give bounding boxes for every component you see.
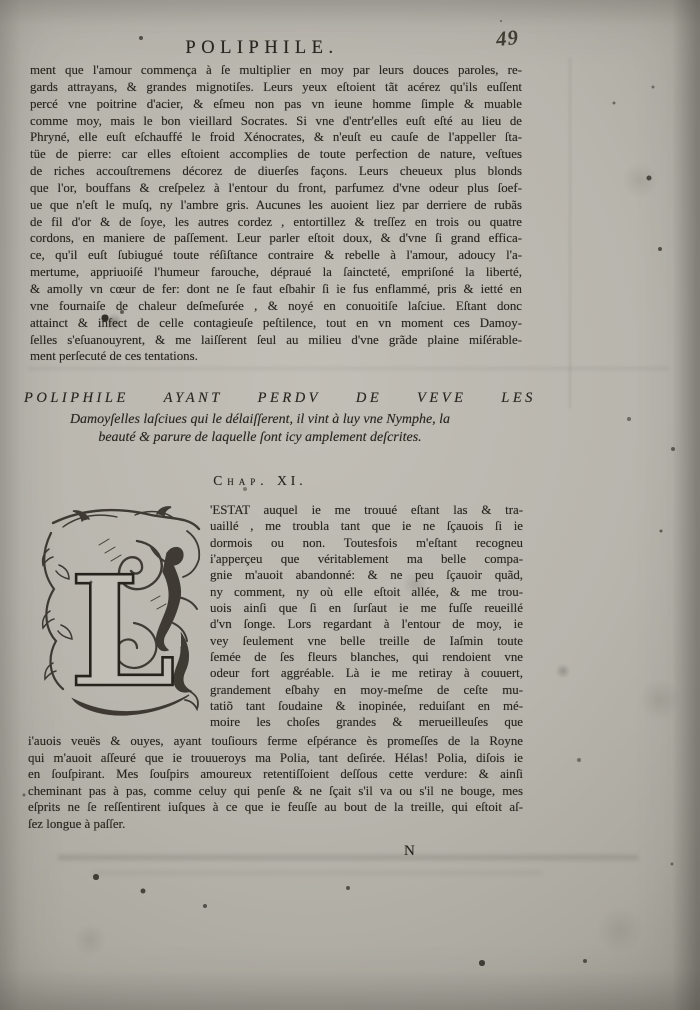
line: tatiõ tant ſoudaine & inopinée, reduiſan… <box>210 698 523 714</box>
caps-word: VEVE <box>417 390 466 407</box>
line: uaillé , me troubla tant que ie ne ſçauo… <box>210 518 523 534</box>
line: i'auois veuës & ouyes, ayant touſiours f… <box>28 733 523 750</box>
line: de fil d'or & de ſoye, les autres cordez… <box>30 214 522 231</box>
line: ue que n'eſt le muſq, ny l'ambre gris. A… <box>30 197 522 214</box>
line: qui m'auoit aſſeuré que ie trouueroys ma… <box>28 750 523 767</box>
line: Phryné, elle euſt eſchauffé le froid Xén… <box>30 129 522 146</box>
body-text-full-width: i'auois veuës & ouyes, ayant touſiours f… <box>28 733 523 833</box>
line: cordons, en maniere de paſſement. Leur p… <box>30 230 522 247</box>
line: ment que l'amour commença à ſe multiplie… <box>30 62 522 79</box>
line: dormois ou non. Toutesfois m'eſtant reco… <box>210 535 523 551</box>
line: odeur fort aggréable. Là ie me retiray à… <box>210 665 523 681</box>
chapter-heading-argument: Damoyſelles laſciues qui le délaiſſerent… <box>14 411 506 446</box>
line: ſemée de ſes fleurs blanches, qui rendoi… <box>210 649 523 665</box>
caps-word: AYANT <box>164 390 223 407</box>
ink-specks <box>0 0 2 2</box>
line: Damoyſelles laſciues qui le délaiſſerent… <box>14 411 506 429</box>
chapter-numeral: XI. <box>277 473 307 488</box>
line: gnie m'auoit abandonné: & ne peu ſçauoir… <box>210 567 523 583</box>
chapter-number-line: Chap. XI. <box>14 473 506 489</box>
line: ment perſecuté de ces tentations. <box>30 348 522 365</box>
line: vne fournaiſe de chaleur deſmeſurée , & … <box>30 298 522 315</box>
line: moire les choſes grandes & merueilleuſes… <box>210 714 523 730</box>
page-number: 49 <box>495 25 520 52</box>
line: ſelles s'eſuanouyrent, & me laiſſerent ſ… <box>30 332 522 349</box>
woodcut-initial-letter: L <box>39 505 206 718</box>
show-through-text-band <box>58 855 638 860</box>
paper-crease <box>569 58 571 408</box>
line: ce, qu'il euſt ſubiugué toute réſiſtance… <box>30 247 522 264</box>
line: percé vne poitrine d'acier, & eſmeu non … <box>30 96 522 113</box>
chapter-label: Chap. <box>213 473 268 488</box>
initial-letter-glyph: L <box>69 542 176 718</box>
line: tüe de pierre: car elles eſtoient accomp… <box>30 146 522 163</box>
line: uois ainſi que ſi en ſurſaut ie me fuſſe… <box>210 600 523 616</box>
line: grandement eſbahy en moy-meſme de ceſte … <box>210 682 523 698</box>
top-paragraph: ment que l'amour commença à ſe multiplie… <box>30 62 522 365</box>
line: que l'or, bouffans & creſpelez à l'entou… <box>30 180 522 197</box>
running-header: POLIPHILE. <box>16 38 508 59</box>
line: gards attrayans, & grandes mignotiſes. L… <box>30 79 522 96</box>
book-page-scan: POLIPHILE. 49 ment que l'amour commença … <box>0 0 700 1010</box>
signature-mark: N <box>404 843 416 860</box>
caps-word: LES <box>501 390 536 407</box>
line: ſez longue à paſſer. <box>28 816 523 833</box>
line: mertume, appriuoiſé l'humeur farouche, d… <box>30 264 522 281</box>
line: beauté & parure de laquelle ſont icy amp… <box>14 429 506 447</box>
line: ny comment, ny où elle eſtoit allée, & m… <box>210 584 523 600</box>
line: i'apperçeu que véritablement ma belle co… <box>210 551 523 567</box>
line: de riches accouſtremens décorez de diuer… <box>30 163 522 180</box>
line: comme moy, mais le bon vieillard Socrate… <box>30 113 522 130</box>
line: attainct & infect de celle contagieuſe p… <box>30 315 522 332</box>
line: 'ESTAT auquel ie me trouué eſtant las & … <box>210 502 523 518</box>
line: cheminant pas à pas, comme celuy qui pen… <box>28 783 523 800</box>
line: eſprits ne ſe reſſentirent iuſques à ce … <box>28 799 523 816</box>
line: en ſouſpirant. Mes ſouſpirs amoureux ret… <box>28 766 523 783</box>
chapter-heading-caps: POLIPHILEAYANTPERDVDEVEVELES <box>24 390 536 407</box>
show-through-text-band <box>92 871 542 875</box>
line: d'vn ſonge. Lors regardant à l'entour de… <box>210 616 523 632</box>
caps-word: PERDV <box>258 390 321 407</box>
caps-word: DE <box>356 390 382 407</box>
body-text-column: 'ESTAT auquel ie me trouué eſtant las & … <box>210 502 523 731</box>
caps-word: POLIPHILE <box>24 390 129 407</box>
line: & amolly vn cœur de fer: dont ne ſe faut… <box>30 281 522 298</box>
line: vey ſeulement vne belle treille de Iaſmi… <box>210 633 523 649</box>
show-through-rule <box>28 367 668 370</box>
